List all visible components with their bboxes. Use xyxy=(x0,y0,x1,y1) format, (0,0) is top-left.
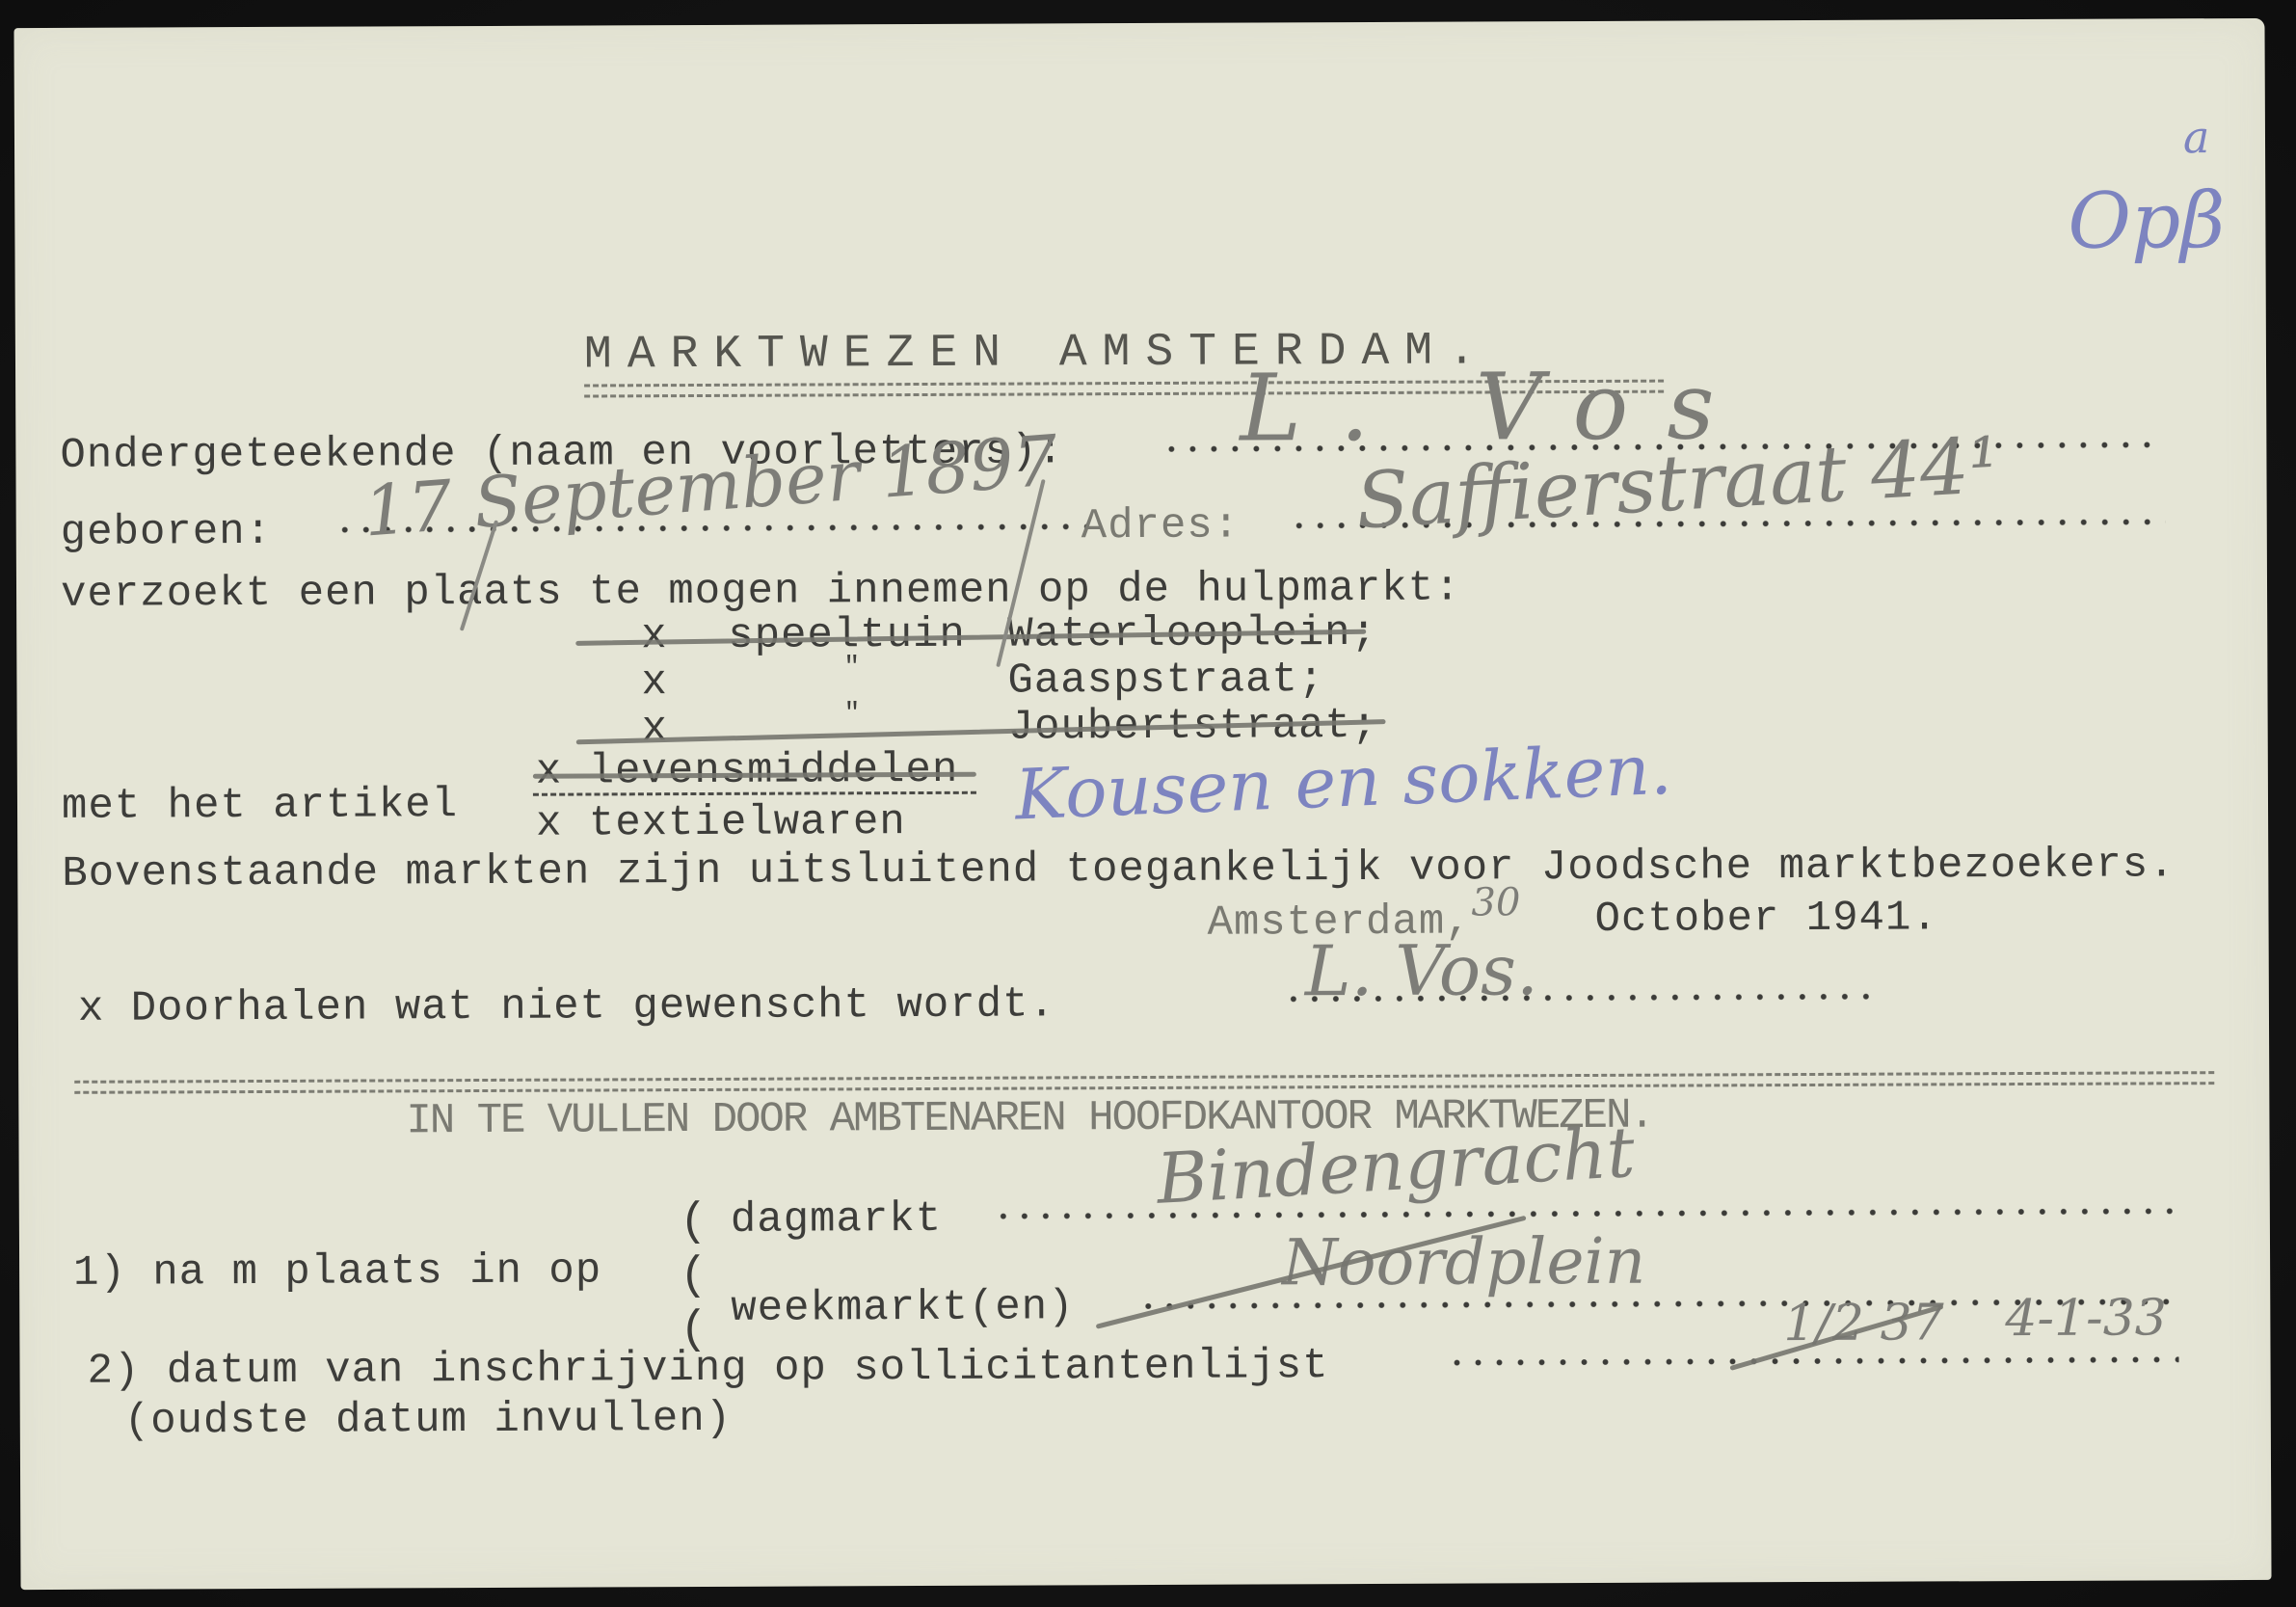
item1-label: 1) na m plaats in op xyxy=(73,1249,601,1294)
item2-label: 2) datum van inschrijving op sollicitant… xyxy=(87,1345,1328,1393)
article-option-food: x levensmiddelen xyxy=(536,749,959,793)
market-2-ditto: " xyxy=(843,655,861,682)
signature[interactable]: L. Vos. xyxy=(1305,935,1538,1005)
market-2-name: Gaaspstraat; xyxy=(1007,658,1324,702)
dagmarkt-label: dagmarkt xyxy=(731,1198,942,1242)
born-label: geboren: xyxy=(61,511,272,554)
weekmarkt-label: weekmarkt(en) xyxy=(731,1286,1074,1330)
notice-text: Bovenstaande markten zijn uitsluitend to… xyxy=(62,844,2176,896)
market-3-ditto: " xyxy=(844,701,862,728)
address-label: Adres: xyxy=(1081,505,1241,549)
article-label: met het artikel xyxy=(62,784,458,828)
margin-note-top: a xyxy=(2183,115,2210,159)
request-line: verzoekt een plaats te mogen innemen op … xyxy=(61,568,1461,616)
brace-top: ( xyxy=(680,1199,707,1245)
market-2-mark: x xyxy=(641,661,668,704)
item2-sub: (oudste datum invullen) xyxy=(124,1398,732,1443)
article-option-textile: x textielwaren xyxy=(536,801,906,845)
margin-note-bottom: Opβ xyxy=(2068,182,2225,260)
article-fraction-rule xyxy=(533,791,976,796)
item2-dotted-line xyxy=(1447,1354,2179,1367)
application-card: a Opβ MARKTWEZEN AMSTERDAM. Ondergeteeke… xyxy=(13,18,2271,1590)
footnote-text: x Doorhalen wat niet gewenscht wordt. xyxy=(78,983,1055,1030)
item2-old-date: 1/2 37 xyxy=(1783,1298,1944,1349)
market-3-mark: x xyxy=(642,708,669,750)
market-1-mark: x xyxy=(641,615,668,657)
section-double-rule xyxy=(74,1071,2214,1094)
date-month-year: October 1941. xyxy=(1594,897,1937,941)
item2-date[interactable]: 4-1-33 xyxy=(2005,1293,2167,1344)
brace-mid: ( xyxy=(680,1253,707,1299)
date-day[interactable]: 30 xyxy=(1471,883,1520,922)
